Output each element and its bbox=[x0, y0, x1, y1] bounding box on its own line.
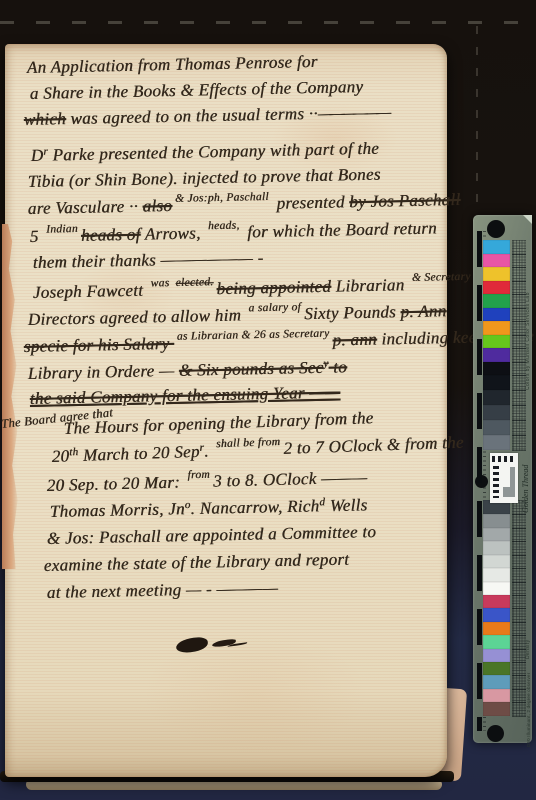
color-patch bbox=[483, 267, 510, 281]
text-segment: & Jos: Paschall are appointed a Committe… bbox=[47, 522, 377, 548]
color-patch bbox=[483, 608, 510, 621]
resolution-l-block bbox=[503, 467, 515, 497]
registration-dot-top bbox=[487, 220, 505, 238]
patch-data-grid bbox=[512, 675, 526, 689]
text-segment: elected. bbox=[175, 276, 213, 289]
manuscript-line: a Share in the Books & Effects of the Co… bbox=[30, 77, 364, 104]
patch-data-grid bbox=[512, 375, 526, 391]
color-patch bbox=[483, 390, 510, 405]
text-segment: Tibia (or Shin Bone). injected to prove … bbox=[28, 165, 381, 191]
text-segment: examine the state of the Library and rep… bbox=[44, 550, 350, 575]
text-segment: as Librarian & 26 as Secretary bbox=[177, 328, 330, 343]
text-segment: at the next meeting — - ———— bbox=[47, 578, 279, 602]
text-segment: for which the Board return bbox=[242, 218, 437, 241]
text-segment: Librarian bbox=[331, 275, 409, 296]
patch-data-grid bbox=[512, 405, 526, 421]
color-patch bbox=[483, 321, 510, 335]
patch-data-grid bbox=[512, 702, 526, 716]
text-segment: shall be from bbox=[216, 436, 281, 450]
text-segment: . bbox=[204, 441, 214, 460]
text-segment: Arrows, bbox=[140, 223, 205, 243]
text-segment: being appointed bbox=[216, 277, 331, 298]
patch-data-grid bbox=[512, 390, 526, 406]
color-patch bbox=[483, 335, 510, 349]
patch-data-grid bbox=[512, 420, 526, 436]
text-segment: 2 to 7 OClock & from the bbox=[283, 433, 464, 458]
text-segment: specie for his Salary bbox=[24, 334, 175, 356]
manuscript-line: & Jos: Paschall are appointed a Committe… bbox=[47, 522, 377, 549]
color-patch bbox=[483, 662, 510, 675]
color-patch bbox=[483, 405, 510, 420]
ruler-ticks-bold bbox=[477, 231, 482, 731]
manuscript-line: Library in Ordere — & Six pounds as Secy… bbox=[28, 357, 348, 384]
text-segment: also bbox=[142, 196, 172, 216]
manuscript-line: Joseph Fawcett was elected.being appoint… bbox=[33, 273, 496, 303]
patch-data-grid bbox=[512, 649, 526, 663]
color-patch bbox=[483, 689, 510, 702]
text-segment: Wells bbox=[325, 495, 368, 515]
text-segment: a Share in the Books & Effects of the Co… bbox=[30, 77, 364, 103]
color-patch bbox=[483, 649, 510, 662]
color-patch bbox=[483, 362, 510, 376]
patch-data-grid bbox=[512, 582, 526, 597]
text-segment: heads of bbox=[81, 225, 141, 245]
color-patch bbox=[483, 622, 510, 635]
patch-data-grid bbox=[512, 568, 526, 583]
color-patch bbox=[483, 420, 510, 435]
color-patch bbox=[483, 254, 510, 268]
text-segment: a salary of bbox=[248, 301, 301, 314]
patch-data-grid bbox=[512, 662, 526, 676]
patch-data-grid bbox=[512, 267, 526, 282]
target-corner-glint bbox=[523, 215, 532, 224]
patch-data-grid bbox=[512, 321, 526, 336]
patch-data-grid bbox=[512, 514, 526, 529]
resolution-bars-horizontal bbox=[492, 456, 513, 462]
text-segment: An Application from Thomas Penrose for bbox=[27, 52, 318, 77]
text-segment: & Jos:ph, Paschall bbox=[175, 191, 269, 205]
color-patch bbox=[483, 281, 510, 295]
patch-data-grid bbox=[512, 308, 526, 323]
text-segment: Indian bbox=[46, 223, 78, 236]
maker-label: Colors by Munsell Color Services Lab bbox=[525, 240, 531, 390]
patch-data-grid bbox=[512, 622, 526, 636]
manuscript-line: 20th March to 20 Sepr. shall be from2 to… bbox=[51, 433, 464, 467]
text-segment: Library in Ordere — bbox=[28, 361, 180, 383]
text-segment: p. ann bbox=[332, 330, 377, 350]
patch-data-grid bbox=[512, 254, 526, 269]
text-segment: them their thanks —————— - bbox=[33, 248, 264, 272]
patch-data-grid bbox=[512, 608, 526, 622]
patch-data-grid bbox=[512, 555, 526, 570]
manuscript-line: them their thanks —————— - bbox=[33, 248, 264, 273]
color-patch bbox=[483, 635, 510, 648]
patch-data-grid bbox=[512, 528, 526, 543]
text-segment: 20 bbox=[51, 446, 69, 466]
text-segment: 20 Sep. to 20 Mar: bbox=[46, 472, 184, 495]
text-segment: th bbox=[69, 446, 79, 458]
text-segment: . Nancarrow, Rich bbox=[190, 496, 319, 518]
ink-blot bbox=[175, 636, 208, 654]
text-segment: & Six pounds as Sec bbox=[179, 358, 324, 380]
text-segment: to bbox=[328, 357, 347, 376]
patch-data-grid bbox=[512, 635, 526, 649]
text-segment: Directors agreed to allow him bbox=[28, 305, 246, 329]
text-segment: 5 bbox=[30, 227, 44, 246]
manuscript-line: Dr Parke presented the Company with part… bbox=[31, 139, 380, 166]
patch-data-grid bbox=[512, 362, 526, 377]
manuscript-line: examine the state of the Library and rep… bbox=[44, 550, 350, 576]
color-patch bbox=[483, 514, 510, 528]
text-segment: Sixty Pounds bbox=[304, 302, 401, 323]
manuscript-line: 5 Indianheads of Arrows, heads, for whic… bbox=[30, 218, 437, 247]
text-segment: was agreed to on the usual terms ·· bbox=[66, 104, 318, 128]
patch-data-grid bbox=[512, 335, 526, 350]
color-patch bbox=[483, 528, 510, 542]
color-calibration-target: Colors by Munsell Color Services Lab Gol… bbox=[473, 215, 532, 743]
color-patch bbox=[483, 348, 510, 362]
resolution-target bbox=[490, 453, 518, 503]
text-segment: are Vasculare ·· bbox=[28, 197, 143, 218]
manuscript-line: 20 Sep. to 20 Mar: from3 to 8. OClock ——… bbox=[46, 468, 367, 496]
text-segment: which bbox=[24, 109, 66, 129]
patch-data-grid bbox=[512, 281, 526, 296]
manuscript-line: specie for his Salary as Librarian & 26 … bbox=[24, 326, 535, 357]
text-segment: heads, bbox=[208, 220, 240, 233]
manuscript-text: An Application from Thomas Penrose fora … bbox=[0, 0, 536, 800]
brand-label: Golden Thread bbox=[521, 447, 530, 513]
color-patch bbox=[483, 435, 510, 450]
color-patch bbox=[483, 294, 510, 308]
text-segment: was bbox=[150, 277, 172, 289]
text-segment: presented bbox=[272, 192, 350, 213]
color-patch bbox=[483, 375, 510, 390]
patch-data-grid bbox=[512, 294, 526, 309]
color-patch bbox=[483, 595, 510, 608]
color-patch bbox=[483, 568, 510, 582]
manuscript-line: which was agreed to on the usual terms ·… bbox=[24, 102, 388, 130]
manuscript-line: Tibia (or Shin Bone). injected to prove … bbox=[28, 165, 381, 192]
patch-data-grid bbox=[512, 240, 526, 255]
text-segment: & Secretary bbox=[412, 271, 471, 284]
text-segment: from bbox=[187, 469, 210, 482]
color-patch bbox=[483, 675, 510, 688]
color-patch bbox=[483, 240, 510, 254]
color-patch bbox=[483, 541, 510, 555]
text-segment: March to 20 Sep bbox=[78, 442, 200, 465]
color-patch bbox=[483, 555, 510, 569]
text-segment: Thomas Morris, Jn bbox=[50, 499, 185, 521]
patch-data-grid bbox=[512, 595, 526, 609]
density-label: Density bbox=[525, 617, 531, 659]
text-segment: Parke presented the Company with part of… bbox=[48, 139, 379, 165]
text-segment: Joseph Fawcett bbox=[33, 281, 148, 302]
patch-data-grid bbox=[512, 348, 526, 363]
color-patch bbox=[483, 702, 510, 715]
registration-dot-bottom bbox=[487, 725, 504, 742]
manuscript-line: at the next meeting — - ———— bbox=[47, 578, 279, 603]
scan-stage: An Application from Thomas Penrose fora … bbox=[0, 0, 536, 800]
manuscript-line: Directors agreed to allow him a salary o… bbox=[28, 301, 447, 330]
text-segment: —————— bbox=[318, 102, 388, 122]
patch-data-grid bbox=[512, 541, 526, 556]
manuscript-line: An Application from Thomas Penrose for bbox=[27, 52, 318, 78]
text-segment: D bbox=[31, 146, 44, 165]
resolution-bars-vertical bbox=[493, 466, 499, 498]
color-patch bbox=[483, 582, 510, 596]
manuscript-line: Thomas Morris, Jno. Nancarrow, Richd Wel… bbox=[50, 495, 368, 522]
text-segment: by Jos Paschall bbox=[349, 190, 461, 211]
patch-data-grid bbox=[512, 689, 526, 703]
text-segment: p. Ann bbox=[400, 301, 446, 321]
manuscript-line: are Vasculare ·· also& Jos:ph, Paschall … bbox=[28, 190, 461, 219]
illuminant-label: D50 Illuminant, 2 degree observer bbox=[526, 655, 531, 747]
text-segment: 3 to 8. OClock ——— bbox=[213, 468, 368, 491]
color-patch bbox=[483, 308, 510, 322]
